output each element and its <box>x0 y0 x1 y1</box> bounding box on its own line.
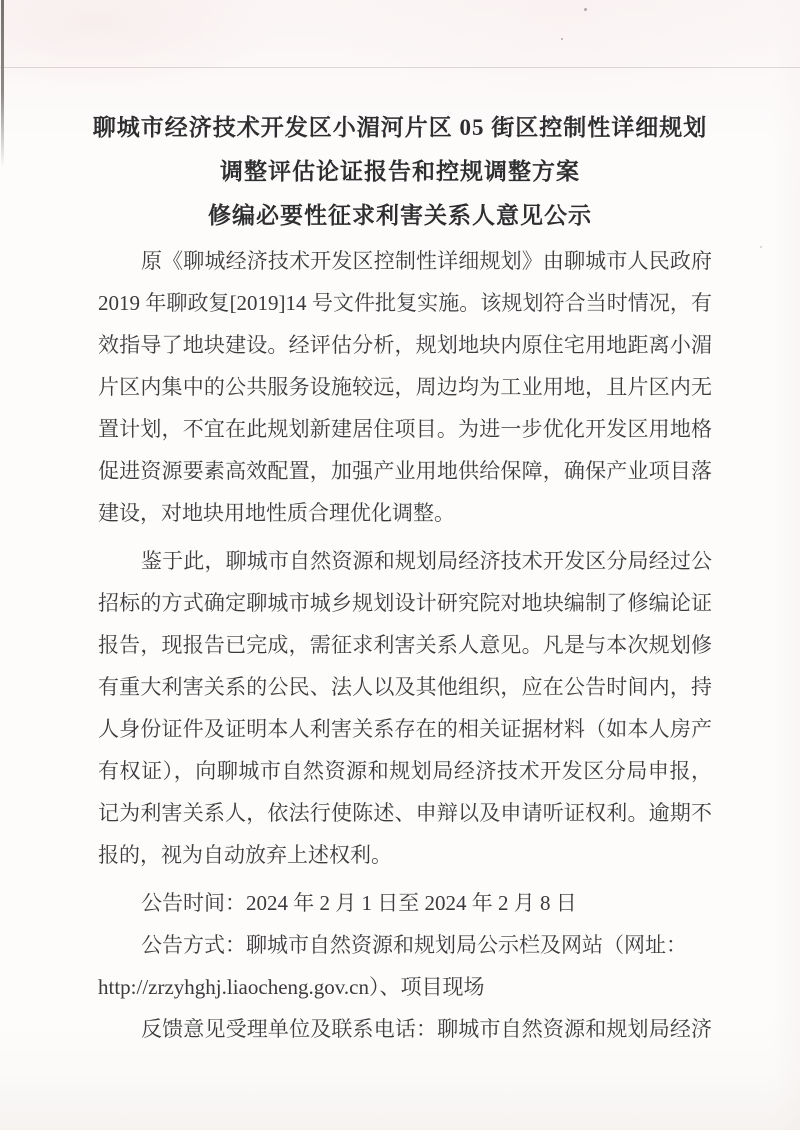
document-title-line: 调整评估论证报告和控规调整方案 <box>0 150 800 194</box>
scan-artifact-speck <box>561 38 563 40</box>
body-text-line: 人身份证件及证明本人利害关系存在的相关证据材料（如本人房产所 <box>98 708 712 750</box>
document-body: 原《聊城经济技术开发区控制性详细规划》由聊城市人民政府于2019 年聊政复[20… <box>98 240 712 1050</box>
notice-text-line: 公告方式：聊城市自然资源和规划局公示栏及网站（网址： <box>98 924 712 966</box>
body-text-line: 报告，现报告已完成，需征求利害关系人意见。凡是与本次规划修改 <box>98 624 712 666</box>
body-text-line: 片区内集中的公共服务设施较远，周边均为工业用地，且片区内无安 <box>98 366 712 408</box>
body-text-line: 鉴于此，聊城市自然资源和规划局经济技术开发区分局经过公开 <box>98 540 712 582</box>
body-text-line: 招标的方式确定聊城市城乡规划设计研究院对地块编制了修编论证 <box>98 582 712 624</box>
paragraph-solicitation: 鉴于此，聊城市自然资源和规划局经济技术开发区分局经过公开招标的方式确定聊城市城乡… <box>98 540 712 876</box>
scan-artifact-horizontal-line <box>0 67 800 68</box>
notice-details: 公告时间：2024 年 2 月 1 日至 2024 年 2 月 8 日公告方式：… <box>98 882 712 1050</box>
document-title-line: 修编必要性征求利害关系人意见公示 <box>0 194 800 238</box>
scan-artifact-speck <box>584 8 587 11</box>
notice-text-line: http://zrzyhghj.liaocheng.gov.cn）、项目现场 <box>98 966 712 1008</box>
body-text-line: 2019 年聊政复[2019]14 号文件批复实施。该规划符合当时情况，有 <box>98 282 712 324</box>
body-text-line: 有权证），向聊城市自然资源和规划局经济技术开发区分局申报，登 <box>98 750 712 792</box>
scanned-document-page: 聊城市经济技术开发区小湄河片区 05 街区控制性详细规划调整评估论证报告和控规调… <box>0 0 800 1130</box>
scan-artifact-speck <box>760 246 762 248</box>
document-title: 聊城市经济技术开发区小湄河片区 05 街区控制性详细规划调整评估论证报告和控规调… <box>0 106 800 238</box>
body-text-line: 报的，视为自动放弃上述权利。 <box>98 834 712 876</box>
notice-text-line: 公告时间：2024 年 2 月 1 日至 2024 年 2 月 8 日 <box>98 882 712 924</box>
body-text-line: 建设，对地块用地性质合理优化调整。 <box>98 492 712 534</box>
document-title-line: 聊城市经济技术开发区小湄河片区 05 街区控制性详细规划 <box>0 106 800 150</box>
body-text-line: 原《聊城经济技术开发区控制性详细规划》由聊城市人民政府于 <box>98 240 712 282</box>
body-text-line: 有重大利害关系的公民、法人以及其他组织，应在公告时间内，持本 <box>98 666 712 708</box>
body-text-line: 置计划，不宜在此规划新建居住项目。为进一步优化开发区用地格局， <box>98 408 712 450</box>
paragraph-background: 原《聊城经济技术开发区控制性详细规划》由聊城市人民政府于2019 年聊政复[20… <box>98 240 712 534</box>
notice-text-line: 反馈意见受理单位及联系电话：聊城市自然资源和规划局经济技 <box>98 1008 712 1050</box>
body-text-line: 促进资源要素高效配置，加强产业用地供给保障，确保产业项目落地 <box>98 450 712 492</box>
body-text-line: 效指导了地块建设。经评估分析，规划地块内原住宅用地距离小湄河 <box>98 324 712 366</box>
body-text-line: 记为利害关系人，依法行使陈述、申辩以及申请听证权利。逾期不申 <box>98 792 712 834</box>
